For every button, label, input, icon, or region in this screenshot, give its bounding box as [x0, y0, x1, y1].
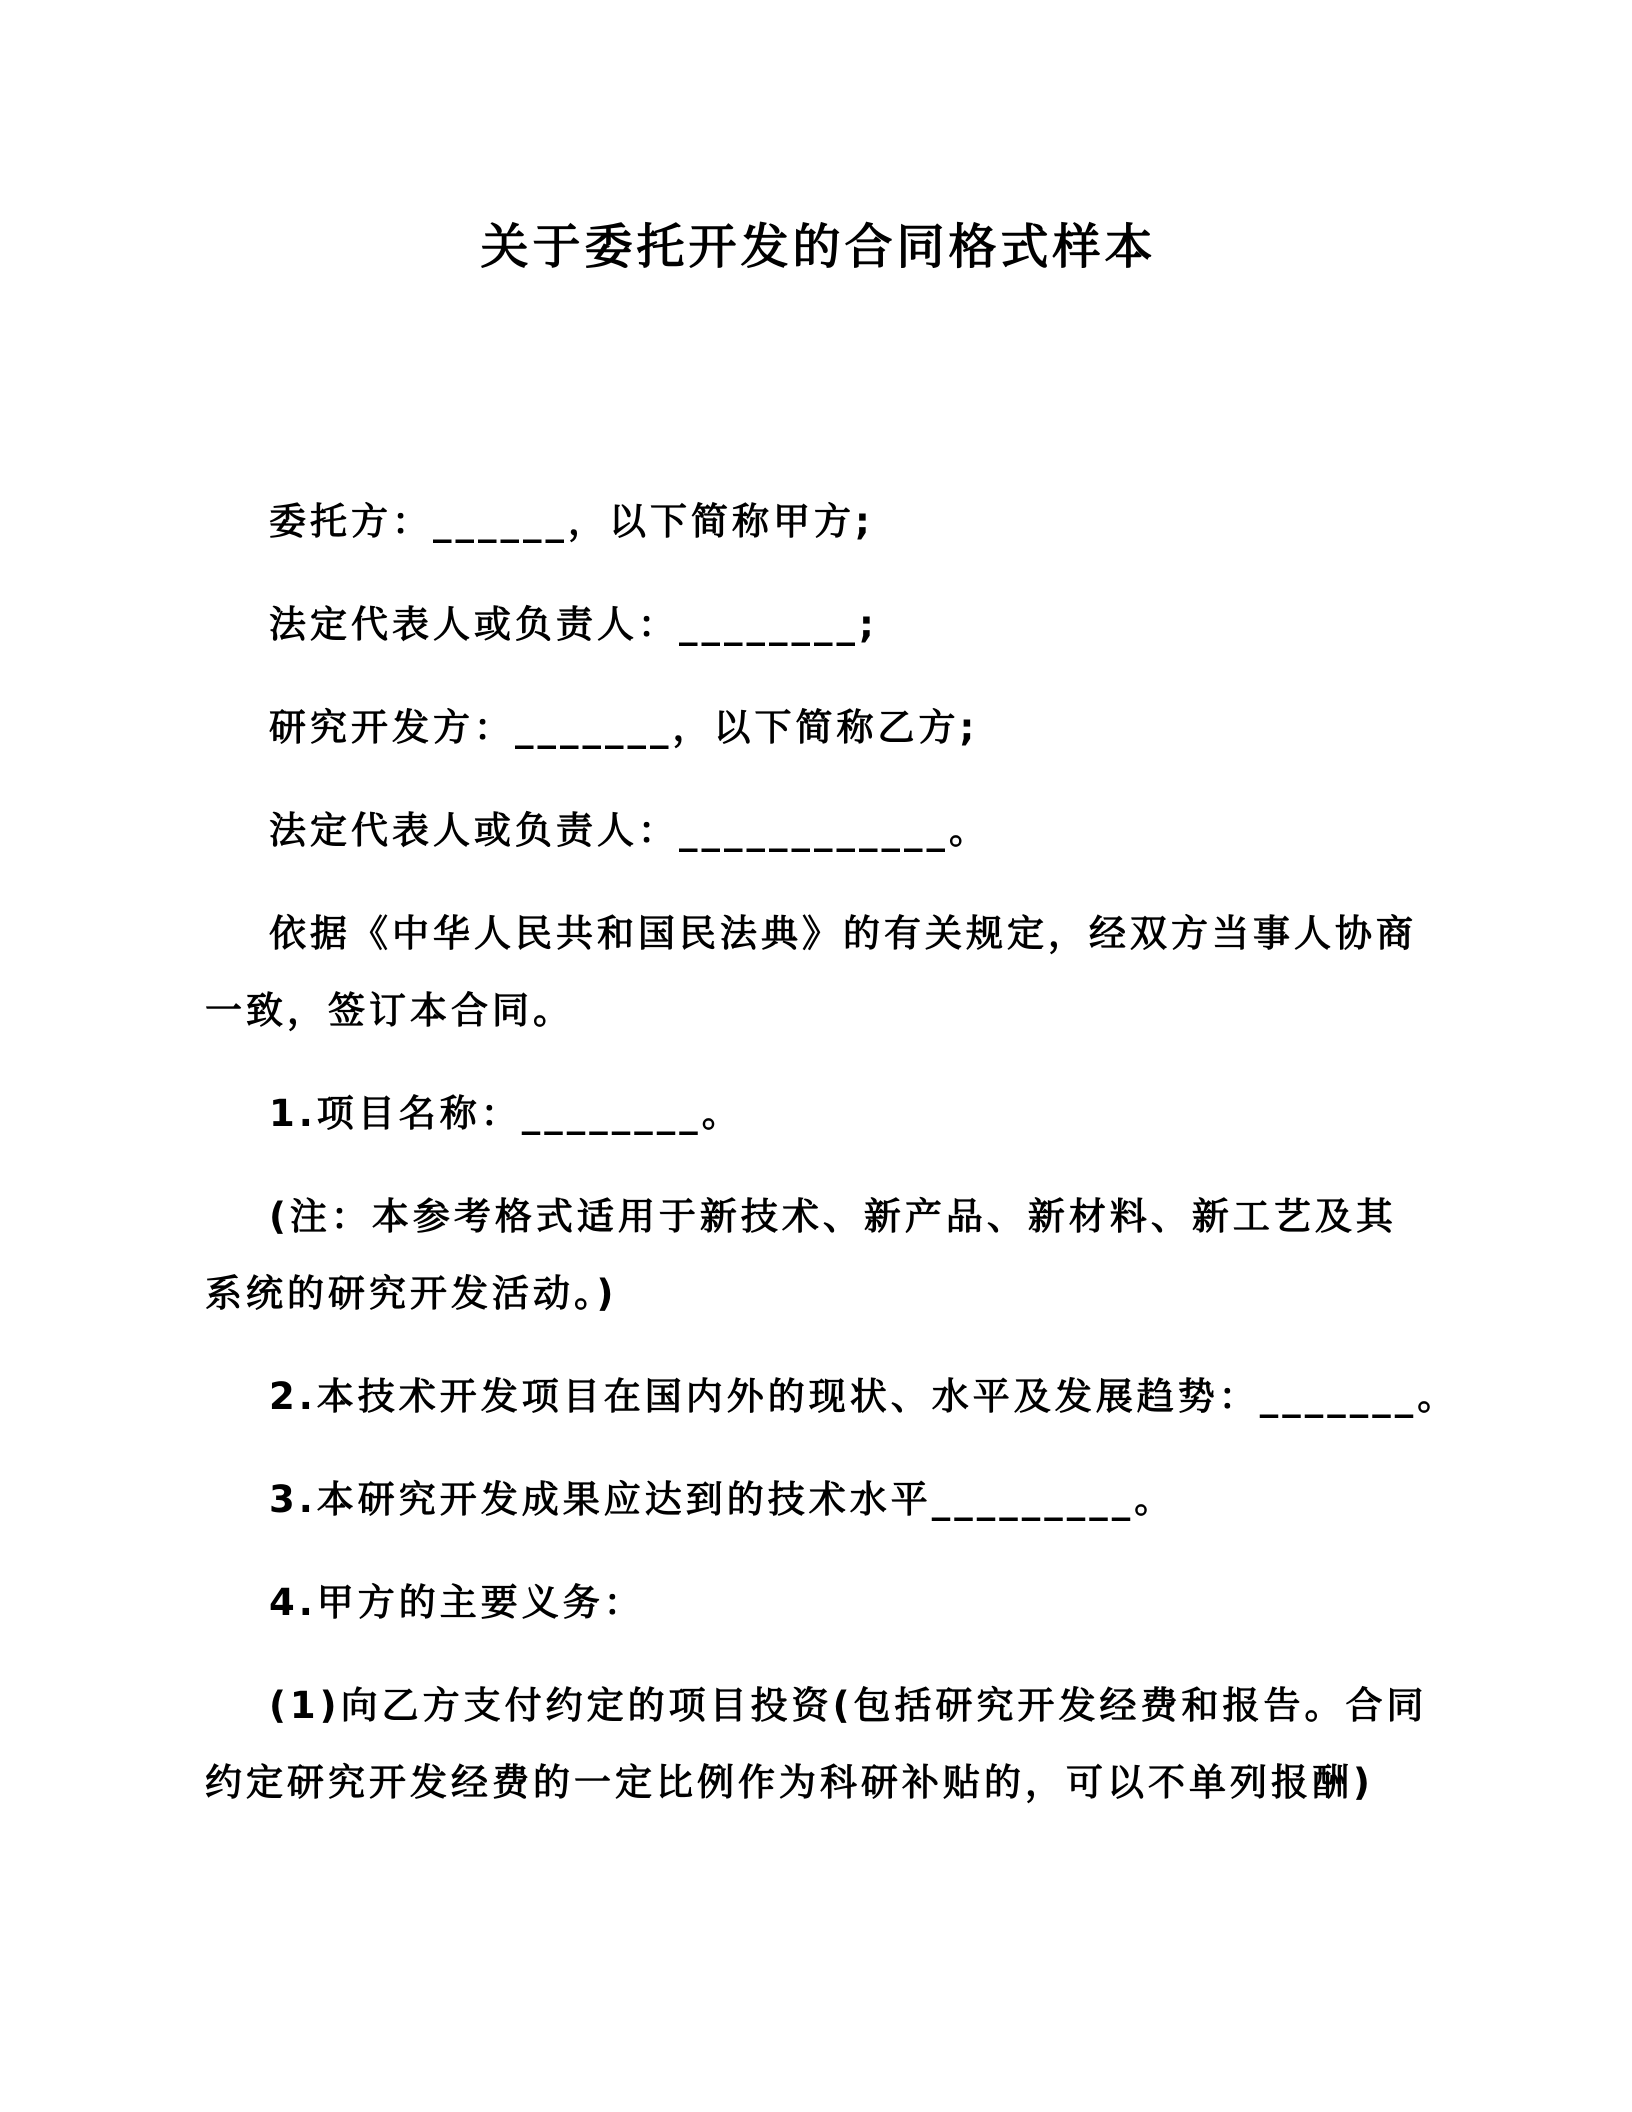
paragraph-line: 研究开发方：_______，以下简称乙方;: [269, 706, 978, 749]
contract-document-page: 关于委托开发的合同格式样本 委托方：______，以下简称甲方; 法定代表人或负…: [0, 0, 1632, 2112]
paragraph-legal-basis: 依据《中华人民共和国民法典》的有关规定，经双方当事人协商 一致，签订本合同。: [205, 895, 1432, 1049]
paragraph-line: 法定代表人或负责人：________;: [269, 603, 878, 646]
paragraph-line: 法定代表人或负责人：____________。: [269, 809, 990, 852]
paragraph-line: 一致，签订本合同。: [205, 989, 574, 1032]
paragraph-line: 约定研究开发经费的一定比例作为科研补贴的，可以不单列报酬): [205, 1761, 1374, 1804]
paragraph-item-4-1-payment: (1)向乙方支付约定的项目投资(包括研究开发经费和报告。合同 约定研究开发经费的…: [205, 1667, 1432, 1821]
paragraph-line: 委托方：______，以下简称甲方;: [269, 500, 874, 543]
paragraph-party-b-rep: 法定代表人或负责人：____________。: [205, 792, 1432, 869]
paragraph-item-3-tech-level: 3.本研究开发成果应达到的技术水平_________。: [205, 1461, 1432, 1538]
paragraph-line: 4.甲方的主要义务：: [269, 1581, 645, 1624]
paragraph-line: (注：本参考格式适用于新技术、新产品、新材料、新工艺及其: [269, 1195, 1397, 1238]
paragraph-item-4-party-a-duties: 4.甲方的主要义务：: [205, 1564, 1432, 1641]
paragraph-line: 2.本技术开发项目在国内外的现状、水平及发展趋势：_______。: [269, 1375, 1458, 1418]
paragraph-line: 3.本研究开发成果应达到的技术水平_________。: [269, 1478, 1175, 1521]
paragraph-party-b: 研究开发方：_______，以下简称乙方;: [205, 689, 1432, 766]
paragraph-party-a-rep: 法定代表人或负责人：________;: [205, 586, 1432, 663]
document-content: 关于委托开发的合同格式样本 委托方：______，以下简称甲方; 法定代表人或负…: [0, 0, 1632, 1821]
paragraph-item-2-status-trend: 2.本技术开发项目在国内外的现状、水平及发展趋势：_______。: [205, 1358, 1432, 1435]
paragraph-line: 依据《中华人民共和国民法典》的有关规定，经双方当事人协商: [269, 912, 1417, 955]
paragraph-line: 系统的研究开发活动。): [205, 1272, 617, 1315]
paragraph-line: (1)向乙方支付约定的项目投资(包括研究开发经费和报告。合同: [269, 1684, 1427, 1727]
paragraph-note: (注：本参考格式适用于新技术、新产品、新材料、新工艺及其 系统的研究开发活动。): [205, 1178, 1432, 1332]
paragraph-line: 1.项目名称：________。: [269, 1092, 743, 1135]
document-title: 关于委托开发的合同格式样本: [205, 209, 1432, 286]
paragraph-party-a: 委托方：______，以下简称甲方;: [205, 483, 1432, 560]
paragraph-item-1-project-name: 1.项目名称：________。: [205, 1075, 1432, 1152]
